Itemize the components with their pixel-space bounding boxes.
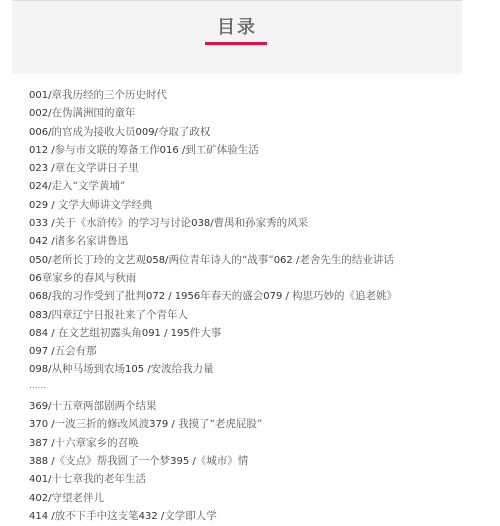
page-number: 388 / (29, 456, 55, 467)
page-number: 002/ (29, 108, 51, 119)
chapter-title: 走入“文学黄埔” (51, 180, 125, 192)
chapter-title: 《城市》情 (196, 455, 249, 467)
toc-entry: 029 / 文学大师讲文学经典 (29, 196, 489, 214)
toc-entry: 012 /参与市文联的筹备工作016 /到工矿体验生活 (29, 141, 489, 159)
page-number: 006/ (29, 127, 51, 138)
page-number: 084 / (29, 328, 58, 339)
page-number: 098/ (29, 364, 51, 375)
chapter-title: 老舍先生的结业讲话 (299, 254, 394, 266)
toc-entry: 402/守望老伴儿 (29, 489, 489, 500)
page-number: 402/ (29, 493, 51, 500)
page-number: 029 / (29, 200, 58, 211)
toc-entry: 050/老所长丁玲的文艺观058/两位青年诗人的“战事”062 /老舍先生的结业… (29, 251, 489, 269)
toc-entry: 097 /五会有那 (29, 342, 489, 360)
chapter-title: 参与市文联的筹备工作 (55, 144, 160, 156)
page-number: 068/ (29, 291, 51, 302)
chapter-title: 章我历经的三个历史时代 (51, 89, 167, 101)
toc-entry: 06章家乡的春风与秋雨 (29, 269, 489, 287)
chapter-title: 构思巧妙的《追老姚》 (292, 290, 397, 302)
page-number: 105 / (125, 364, 151, 375)
page-number: 050/ (29, 255, 51, 266)
page-number: 024/ (29, 181, 51, 192)
page-number: 072 / 1956 (146, 291, 200, 302)
toc-entry: 006/的官成为接收大员009/夺取了政权 (29, 123, 489, 141)
chapter-title: 安波给我力量 (151, 363, 214, 375)
page-number: 097 / (29, 346, 55, 357)
page-number: 058/ (146, 255, 168, 266)
chapter-title: 守望老伴儿 (51, 492, 104, 500)
chapter-title: 诸多名家讲鲁迅 (55, 235, 129, 247)
toc-entry: 098/从种马场到农场105 /安波给我力量 (29, 360, 489, 378)
toc-entry: 001/章我历经的三个历史时代 (29, 86, 489, 104)
toc-entry: 083/四章辽宁日报社来了个青年人 (29, 306, 489, 324)
chapter-title: 两位青年诗人的“战事” (168, 254, 273, 266)
chapter-title: 在文艺组初露头角 (58, 327, 142, 339)
table-of-contents: 001/章我历经的三个历史时代002/在伪满洲国的童年006/的官成为接收大员0… (29, 86, 489, 500)
toc-entry: 033 /关于《水浒传》的学习与讨论038/曹禺和孙家秀的风采 (29, 214, 489, 232)
toc-entry: 042 /诸多名家讲鲁迅 (29, 232, 489, 250)
page-number: 395 / (170, 456, 196, 467)
chapter-title: 十七章我的老年生活 (51, 473, 146, 485)
page-number: 023 / (29, 163, 55, 174)
page-number: 001/ (29, 90, 51, 101)
chapter-title: 老所长丁玲的文艺观 (51, 254, 146, 266)
chapter-title: 文学大师讲文学经典 (58, 199, 153, 211)
toc-entry: 002/在伪满洲国的童年 (29, 104, 489, 122)
page-number: 009/ (135, 127, 157, 138)
page-number: 042 / (29, 236, 55, 247)
page-number: 012 / (29, 145, 55, 156)
chapter-title: 件大事 (190, 327, 222, 339)
page-number: 369/ (29, 401, 51, 412)
page-number: 06 (29, 273, 42, 284)
toc-header: 目录 (12, 1, 462, 74)
page-number: 016 / (160, 145, 186, 156)
toc-entry: 024/走入“文学黄埔” (29, 177, 489, 195)
chapter-title: 从种马场到农场 (51, 363, 125, 375)
page-number: 062 / (274, 255, 300, 266)
toc-entry: 387 /十六章家乡的召唤 (29, 434, 489, 452)
ellipsis: ...... (29, 379, 489, 397)
chapter-title: 关于《水浒传》的学习与讨论 (55, 217, 192, 229)
chapter-title: 十六章家乡的召唤 (55, 437, 139, 449)
chapter-title: 章家乡的春风与秋雨 (42, 272, 137, 284)
toc-entry: 023 /章在文学讲日子里 (29, 159, 489, 177)
chapter-title: 年春天的盛会 (200, 290, 263, 302)
toc-entry: 388 /《支点》帮我圆了一个梦395 /《城市》情 (29, 452, 489, 470)
page-number: 038/ (191, 218, 213, 229)
chapter-title: 四章辽宁日报社来了个青年人 (51, 309, 188, 321)
chapter-title: 在伪满洲国的童年 (51, 107, 135, 119)
chapter-title: 曹禺和孙家秀的风采 (214, 217, 309, 229)
chapter-title: 的官成为接收大员 (51, 126, 135, 138)
page-number: 033 / (29, 218, 55, 229)
toc-entry: 068/我的习作受到了批判072 / 1956年春天的盛会079 / 构思巧妙的… (29, 287, 489, 305)
toc-entry: 369/十五章两部剧两个结果 (29, 397, 489, 415)
page-number: 091 / 195 (142, 328, 190, 339)
toc-entry: 370 /一波三折的修改风波379 / 我摸了“老虎屁股” (29, 415, 489, 433)
page-number: 083/ (29, 310, 51, 321)
page-number: 379 / (149, 419, 178, 430)
chapter-title: 夺取了政权 (158, 126, 211, 138)
chapter-title: 到工矿体验生活 (185, 144, 259, 156)
chapter-title: 我摸了“老虎屁股” (178, 418, 262, 430)
chapter-title: 一波三折的修改风波 (55, 418, 150, 430)
chapter-title: 我的习作受到了批判 (51, 290, 146, 302)
chapter-title: 五会有那 (55, 345, 97, 357)
page-number: 401/ (29, 474, 51, 485)
toc-entry: 084 / 在文艺组初露头角091 / 195件大事 (29, 324, 489, 342)
page-number: 370 / (29, 419, 55, 430)
page-number: 387 / (29, 438, 55, 449)
title-underline (205, 42, 267, 45)
chapter-title: 章在文学讲日子里 (55, 162, 139, 174)
page-number: 079 / (263, 291, 292, 302)
chapter-title: 十五章两部剧两个结果 (51, 400, 156, 412)
chapter-title: 《支点》帮我圆了一个梦 (55, 455, 171, 467)
page-title: 目录 (12, 13, 462, 39)
toc-entry: 401/十七章我的老年生活 (29, 470, 489, 488)
